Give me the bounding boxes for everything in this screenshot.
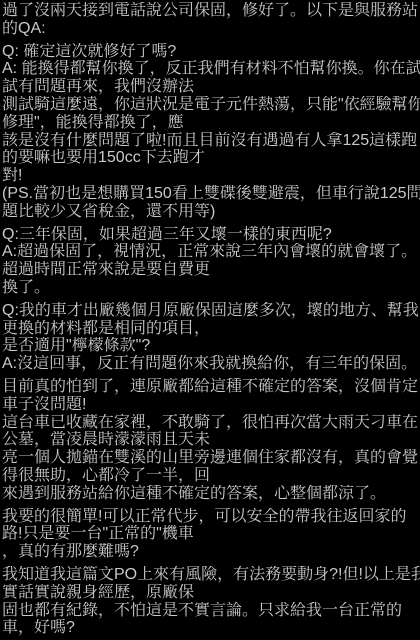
text-line: 目前真的怕到了，連原廠都給這種不確定的答案，沒個肯定 xyxy=(2,378,420,396)
paragraph: Q:我的車才出廠幾個月原廠保固這麼多次，壞的地方、幫我更換的材料都是相同的項目，… xyxy=(2,302,420,373)
text-line: 我知道我這篇文PO上來有風險，有法務要動身?!但!以上是我 xyxy=(2,566,420,584)
paragraph: 目前真的怕到了，連原廠都給這種不確定的答案，沒個肯定車子沒問題!這台車已收藏在家… xyxy=(2,378,420,503)
text-line: 超過時間正常來說是要自費更 xyxy=(2,261,420,279)
paragraph: Q:三年保固，如果超過三年又壞一樣的東西呢?A:超過保固了，視情況，正常來說三年… xyxy=(2,226,420,297)
paragraph: 我知道我這篇文PO上來有風險，有法務要動身?!但!以上是我實話實說親身經歷，原廠… xyxy=(2,566,420,637)
text-line: 過了沒兩天接到電話說公司保固，修好了。以下是與服務站 xyxy=(2,2,420,20)
text-line: 的QA: xyxy=(2,20,420,38)
paragraph: Q: 確定這次就修好了嗎?A: 能換得都幫你換了，反正我們有材料不怕幫你換。你在… xyxy=(2,43,420,221)
text-line: A:超過保固了，視情況，正常來說三年內會壞的就會壞了。 xyxy=(2,243,420,261)
text-line: 固也都有紀錄，不怕這是不實言論。只求給我一台正常的 xyxy=(2,602,420,620)
text-line: 路!只是要一台"正常的"機車 xyxy=(2,525,420,543)
text-line: 題比較少又省稅金，還不用等) xyxy=(2,203,420,221)
paragraph: 過了沒兩天接到電話說公司保固，修好了。以下是與服務站的QA: xyxy=(2,2,420,38)
post-body: 過了沒兩天接到電話說公司保固，修好了。以下是與服務站的QA:Q: 確定這次就修好… xyxy=(2,2,420,637)
text-line: Q: 確定這次就修好了嗎? xyxy=(2,43,420,61)
text-line: 試有問題再來，我們沒辦法 xyxy=(2,78,420,96)
text-line: 換了。 xyxy=(2,279,420,297)
paragraph: 我要的很簡單!可以正常代步，可以安全的帶我往返回家的路!只是要一台"正常的"機車… xyxy=(2,508,420,561)
text-line: ，真的有那麼難嗎? xyxy=(2,543,420,561)
text-line: (PS.當初也是想購買150看上雙碟後雙避震，但車行說125問 xyxy=(2,185,420,203)
text-line: 得很無助，心都冷了一半，回 xyxy=(2,467,420,485)
text-line: 亮一個人拋錨在雙溪的山里旁邊連個住家都沒有，真的會覺 xyxy=(2,449,420,467)
text-line: Q:三年保固，如果超過三年又壞一樣的東西呢? xyxy=(2,226,420,244)
text-line: A: 能換得都幫你換了，反正我們有材料不怕幫你換。你在試 xyxy=(2,60,420,78)
text-line: 測試騎這麼遠，你這狀況是電子元件熱蕩，只能"依經驗幫你 xyxy=(2,96,420,114)
text-line: 是否適用"檸檬條款"? xyxy=(2,337,420,355)
text-line: A:沒這回事，反正有問題你來我就換給你，有三年的保固。 xyxy=(2,355,420,373)
text-line: 實話實說親身經歷，原廠保 xyxy=(2,584,420,602)
text-line: 該是沒有什麼問題了啦!而且目前沒有遇過有人拿125這樣跑 xyxy=(2,132,420,150)
text-line: 對! xyxy=(2,167,420,185)
text-line: 車，好嗎? xyxy=(2,619,420,637)
post-screen: 過了沒兩天接到電話說公司保固，修好了。以下是與服務站的QA:Q: 確定這次就修好… xyxy=(0,0,420,640)
text-line: 公墓，當凌晨時濛濛雨且天未 xyxy=(2,431,420,449)
text-line: 車子沒問題! xyxy=(2,396,420,414)
text-line: Q:我的車才出廠幾個月原廠保固這麼多次，壞的地方、幫我 xyxy=(2,302,420,320)
text-line: 這台車已收藏在家裡，不敢騎了，很怕再次當大雨天刁車在 xyxy=(2,414,420,432)
text-line: 的要嘛也要用150cc下去跑才 xyxy=(2,149,420,167)
text-line: 我要的很簡單!可以正常代步，可以安全的帶我往返回家的 xyxy=(2,508,420,526)
text-line: 更換的材料都是相同的項目， xyxy=(2,320,420,338)
text-line: 修理"，能換得都換了，應 xyxy=(2,114,420,132)
text-line: 來遇到服務站給你這種不確定的答案，心整個都涼了。 xyxy=(2,485,420,503)
